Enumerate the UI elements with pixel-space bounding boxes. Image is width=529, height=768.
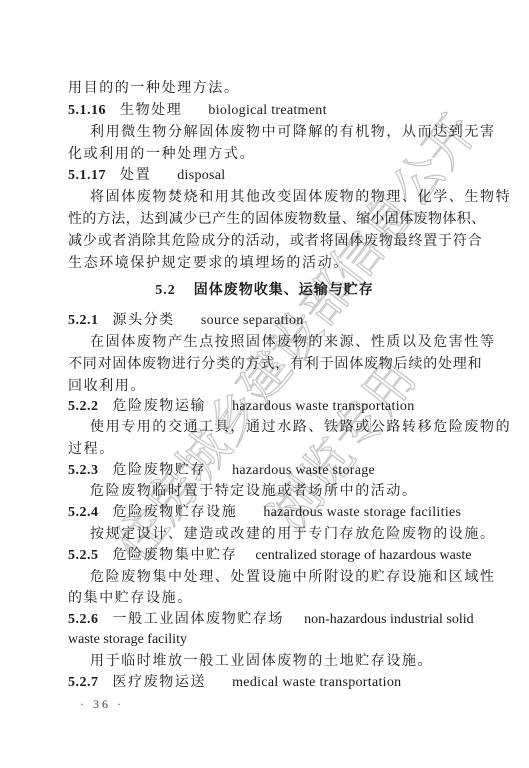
entry-number: 5.2.6 (68, 612, 99, 627)
term-entry-5-1-17: 5.1.17处置disposal (68, 165, 464, 186)
text: 性的方法，达到减少已产生的固体废物数量、缩小固体废物体积、 (68, 211, 486, 227)
body-text-line: 化或利用的一种处理方式。 (68, 144, 464, 164)
body-text-line: 使用专用的交通工具，通过水路、铁路或公路转移危险废物的 (90, 417, 464, 437)
page-number: · 36 · (80, 697, 124, 712)
entry-english: source separation (201, 313, 304, 328)
text: 危险废物集中处理、处置设施中所附设的贮存设施和区域性 (90, 569, 496, 585)
entry-term: 危险废物贮存设施 (113, 504, 238, 520)
entry-number: 5.2.7 (68, 675, 99, 690)
term-entry-5-2-4: 5.2.4危险废物贮存设施hazardous waste storage fac… (68, 502, 464, 523)
body-text-line: 用于临时堆放一般工业固体废物的土地贮存设施。 (90, 651, 464, 671)
body-text-line: 回收利用。 (68, 376, 464, 396)
text: 减少或者消除其危险成分的活动，或者将固体废物最终置于符合 (68, 233, 482, 249)
entry-term: 源头分类 (113, 312, 175, 328)
term-entry-5-1-16: 5.1.16生物处理biological treatment (68, 100, 464, 121)
entry-english: centralized storage of hazardous waste (255, 548, 471, 563)
entry-english: hazardous waste storage (232, 463, 375, 478)
entry-number: 5.2.3 (68, 463, 99, 478)
entry-english: biological treatment (208, 103, 326, 118)
text: 过程。 (68, 441, 115, 457)
entry-number: 5.2.4 (68, 505, 99, 520)
body-text-line: 危险废物集中处理、处置设施中所附设的贮存设施和区域性 (90, 567, 464, 587)
entry-term: 危险废物贮存 (113, 462, 207, 478)
body-text-line: 按规定设计、建造或改建的用于专门存放危险废物的设施。 (90, 524, 464, 544)
body-text-line: 利用微生物分解固体废物中可降解的有机物，从而达到无害 (90, 122, 464, 142)
term-entry-5-2-6: 5.2.6一般工业固体废物贮存场non-hazardous industrial… (68, 609, 464, 630)
entry-english: hazardous waste storage facilities (263, 505, 461, 520)
text: 用目的的一种处理方法。 (68, 80, 240, 96)
text: 将固体废物焚烧和用其他改变固体废物的物理、化学、生物特 (90, 189, 511, 205)
entry-english: medical waste transportation (232, 675, 401, 690)
text: 危险废物临时置于特定设施或者场所中的活动。 (90, 483, 418, 499)
entry-term: 一般工业固体废物贮存场 (113, 611, 285, 627)
body-text-line: 的集中贮存设施。 (68, 588, 464, 608)
entry-term: 危险废物集中贮存 (113, 547, 238, 563)
entry-english: disposal (177, 168, 225, 183)
entry-number: 5.2.5 (68, 548, 99, 563)
term-entry-5-2-3: 5.2.3危险废物贮存hazardous waste storage (68, 460, 464, 481)
body-text-line: waste storage facility (68, 630, 464, 650)
term-entry-5-2-1: 5.2.1源头分类source separation (68, 310, 464, 331)
text: 化或利用的一种处理方式。 (68, 146, 255, 162)
entry-term: 医疗废物运送 (113, 674, 207, 690)
body-text-line: 不同对固体废物进行分类的方式，有利于固体废物后续的处理和 (68, 354, 464, 374)
text: 在固体废物产生点按照固体废物的来源、性质以及危害性等 (90, 334, 496, 350)
text: 利用微生物分解固体废物中可降解的有机物，从而达到无害 (90, 124, 496, 140)
entry-number: 5.2.1 (68, 313, 99, 328)
entry-number: 5.1.16 (68, 103, 106, 118)
entry-number: 5.1.17 (68, 168, 106, 183)
entry-term: 生物处理 (120, 102, 182, 118)
text: waste storage facility (68, 632, 187, 647)
term-entry-5-2-7: 5.2.7医疗废物运送medical waste transportation (68, 672, 464, 693)
body-text-line: 用目的的一种处理方法。 (68, 78, 464, 98)
body-text-line: 危险废物临时置于特定设施或者场所中的活动。 (90, 481, 464, 501)
document-page: 住房城乡建设部信息公开 浏览专用 用目的的一种处理方法。 5.1.16生物处理b… (0, 0, 529, 768)
body-text-line: 减少或者消除其危险成分的活动，或者将固体废物最终置于符合 (68, 231, 464, 251)
term-entry-5-2-5: 5.2.5危险废物集中贮存centralized storage of haza… (68, 545, 464, 566)
entry-term: 处置 (120, 167, 151, 183)
text: 不同对固体废物进行分类的方式，有利于固体废物后续的处理和 (68, 356, 482, 372)
section-number: 5.2 (155, 283, 176, 298)
entry-english: non-hazardous industrial solid (304, 612, 474, 627)
section-heading-5-2: 5.2固体废物收集、运输与贮存 (0, 280, 529, 301)
body-text-line: 在固体废物产生点按照固体废物的来源、性质以及危害性等 (90, 332, 464, 352)
body-text-line: 过程。 (68, 439, 464, 459)
body-text-line: 将固体废物焚烧和用其他改变固体废物的物理、化学、生物特 (90, 187, 464, 207)
text: 按规定设计、建造或改建的用于专门存放危险废物的设施。 (90, 526, 496, 542)
entry-english: hazardous waste transportation (232, 399, 414, 414)
text: 的集中贮存设施。 (68, 590, 193, 606)
text: 回收利用。 (68, 378, 146, 394)
body-text-line: 性的方法，达到减少已产生的固体废物数量、缩小固体废物体积、 (68, 209, 464, 229)
text: 用于临时堆放一般工业固体废物的土地贮存设施。 (90, 653, 433, 669)
term-entry-5-2-2: 5.2.2危险废物运输hazardous waste transportatio… (68, 396, 464, 417)
section-title: 固体废物收集、运输与贮存 (194, 282, 374, 298)
text: 生态环境保护规定要求的填埋场的活动。 (68, 255, 349, 271)
entry-term: 危险废物运输 (113, 398, 207, 414)
entry-number: 5.2.2 (68, 399, 99, 414)
body-text-line: 生态环境保护规定要求的填埋场的活动。 (68, 253, 464, 273)
text: 使用专用的交通工具，通过水路、铁路或公路转移危险废物的 (90, 419, 511, 435)
